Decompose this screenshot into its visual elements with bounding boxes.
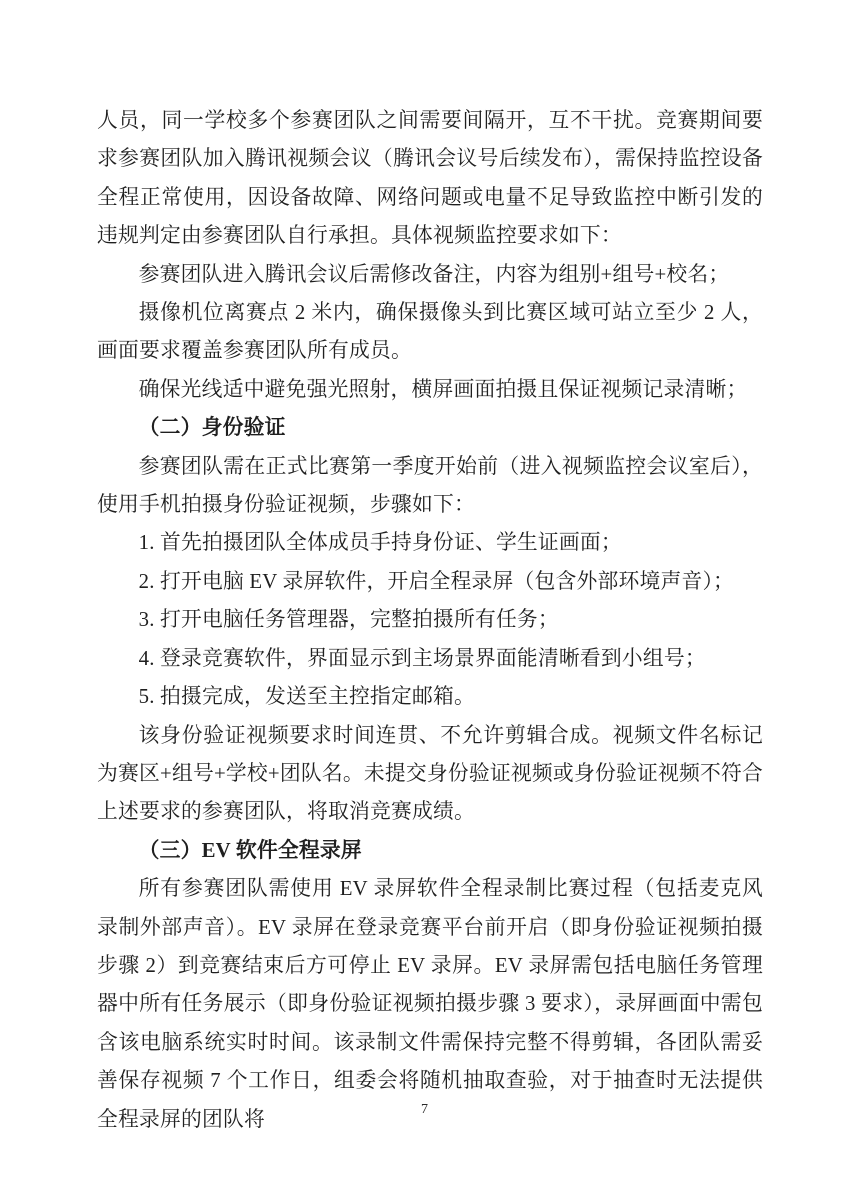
section-heading-ev-recording: （三）EV 软件全程录屏 (97, 832, 763, 870)
paragraph-continuation: 人员，同一学校多个参赛团队之间需要间隔开，互不干扰。竞赛期间要求参赛团队加入腾讯… (97, 102, 763, 256)
list-item-step-5: 5. 拍摄完成，发送至主控指定邮箱。 (97, 678, 763, 716)
paragraph-lighting: 确保光线适中避免强光照射，横屏画面拍摄且保证视频记录清晰； (97, 371, 763, 409)
paragraph-identity-intro: 参赛团队需在正式比赛第一季度开始前（进入视频监控会议室后），使用手机拍摄身份验证… (97, 448, 763, 525)
list-item-step-2: 2. 打开电脑 EV 录屏软件，开启全程录屏（包含外部环境声音）； (97, 563, 763, 601)
section-heading-identity-verification: （二）身份验证 (97, 409, 763, 447)
paragraph-camera-position: 摄像机位离赛点 2 米内，确保摄像头到比赛区域可站立至少 2 人，画面要求覆盖参… (97, 294, 763, 371)
list-item-step-1: 1. 首先拍摄团队全体成员手持身份证、学生证画面； (97, 524, 763, 562)
paragraph-ev-recording-rules: 所有参赛团队需使用 EV 录屏软件全程录制比赛过程（包括麦克风录制外部声音）。E… (97, 870, 763, 1139)
document-body: 人员，同一学校多个参赛团队之间需要间隔开，互不干扰。竞赛期间要求参赛团队加入腾讯… (97, 102, 763, 1139)
document-page: 人员，同一学校多个参赛团队之间需要间隔开，互不干扰。竞赛期间要求参赛团队加入腾讯… (0, 0, 849, 1200)
paragraph-video-requirements: 该身份验证视频要求时间连贯、不允许剪辑合成。视频文件名标记为赛区+组号+学校+团… (97, 717, 763, 832)
list-item-step-3: 3. 打开电脑任务管理器，完整拍摄所有任务； (97, 601, 763, 639)
list-item-step-4: 4. 登录竞赛软件，界面显示到主场景界面能清晰看到小组号； (97, 640, 763, 678)
page-number: 7 (0, 1100, 849, 1120)
paragraph-meeting-remark: 参赛团队进入腾讯会议后需修改备注，内容为组别+组号+校名； (97, 256, 763, 294)
